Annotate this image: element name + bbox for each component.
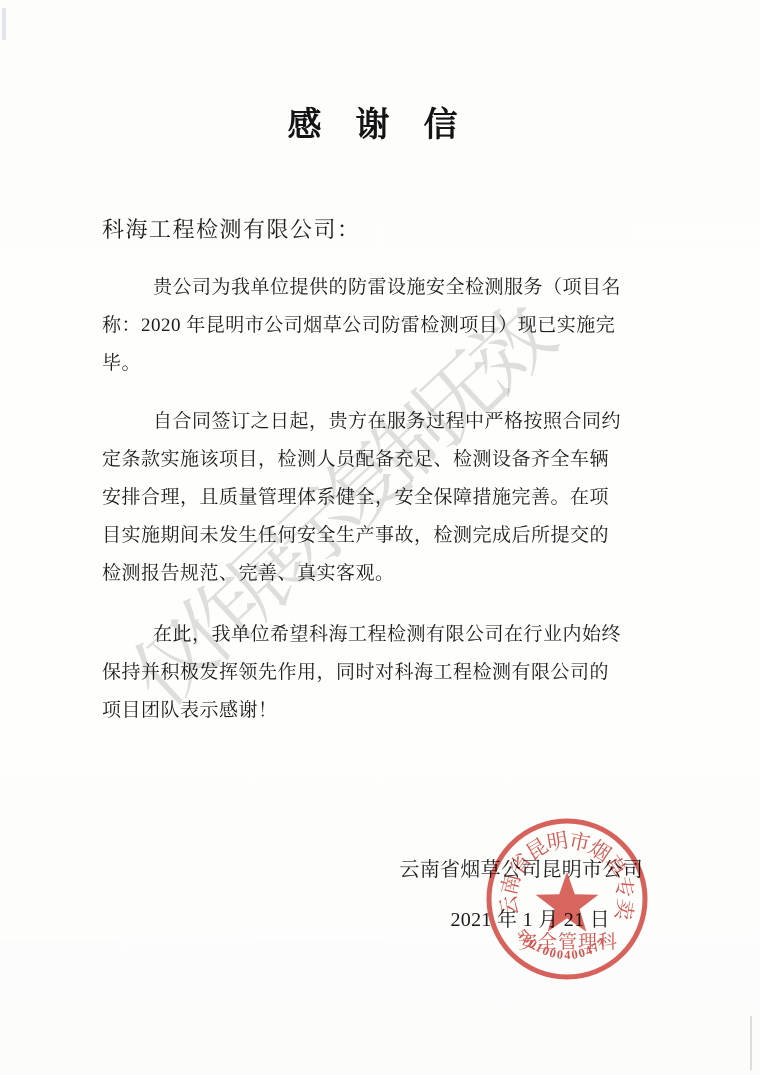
- letter-line: 检测报告规范、完善、真实客观。: [102, 555, 647, 593]
- letter-line: 定条款实施该项目，检测人员配备充足、检测设备齐全车辆: [102, 441, 647, 479]
- letter-line: 称：2020 年昆明市公司烟草公司防雷检测项目）现已实施完: [102, 307, 647, 345]
- letter-title: 感 谢 信: [0, 104, 745, 148]
- official-seal: 云南省昆明市烟草专卖局 安全管理科 5301000400477: [470, 802, 664, 996]
- paragraph: 贵公司为我单位提供的防雷设施安全检测服务（项目名称：2020 年昆明市公司烟草公…: [102, 269, 647, 383]
- scan-edge-artifact-right: [750, 1016, 752, 1070]
- seal-star-icon: [536, 872, 599, 932]
- letter-line: 保持并积极发挥领先作用，同时对科海工程检测有限公司的: [102, 654, 647, 692]
- letter-line: 安排合理，且质量管理体系健全，安全保障措施完善。在项: [102, 479, 647, 517]
- paragraph: 在此，我单位希望科海工程检测有限公司在行业内始终保持并积极发挥领先作用，同时对科…: [102, 616, 647, 730]
- letter-line: 自合同签订之日起，贵方在服务过程中严格按照合同约: [102, 403, 647, 441]
- addressee-line: 科海工程检测有限公司：: [102, 214, 361, 246]
- letter-page: 仅作展示复制无效 感 谢 信 科海工程检测有限公司： 贵公司为我单位提供的防雷设…: [0, 0, 760, 1075]
- letter-line: 贵公司为我单位提供的防雷设施安全检测服务（项目名: [102, 269, 647, 307]
- paragraph: 自合同签订之日起，贵方在服务过程中严格按照合同约定条款实施该项目，检测人员配备充…: [102, 403, 647, 593]
- letter-line: 毕。: [102, 345, 647, 383]
- letter-line: 在此，我单位希望科海工程检测有限公司在行业内始终: [102, 616, 647, 654]
- scan-edge-artifact-left: [2, 8, 6, 40]
- letter-line: 项目团队表示感谢！: [102, 692, 647, 730]
- letter-line: 目实施期间未发生任何安全生产事故，检测完成后所提交的: [102, 517, 647, 555]
